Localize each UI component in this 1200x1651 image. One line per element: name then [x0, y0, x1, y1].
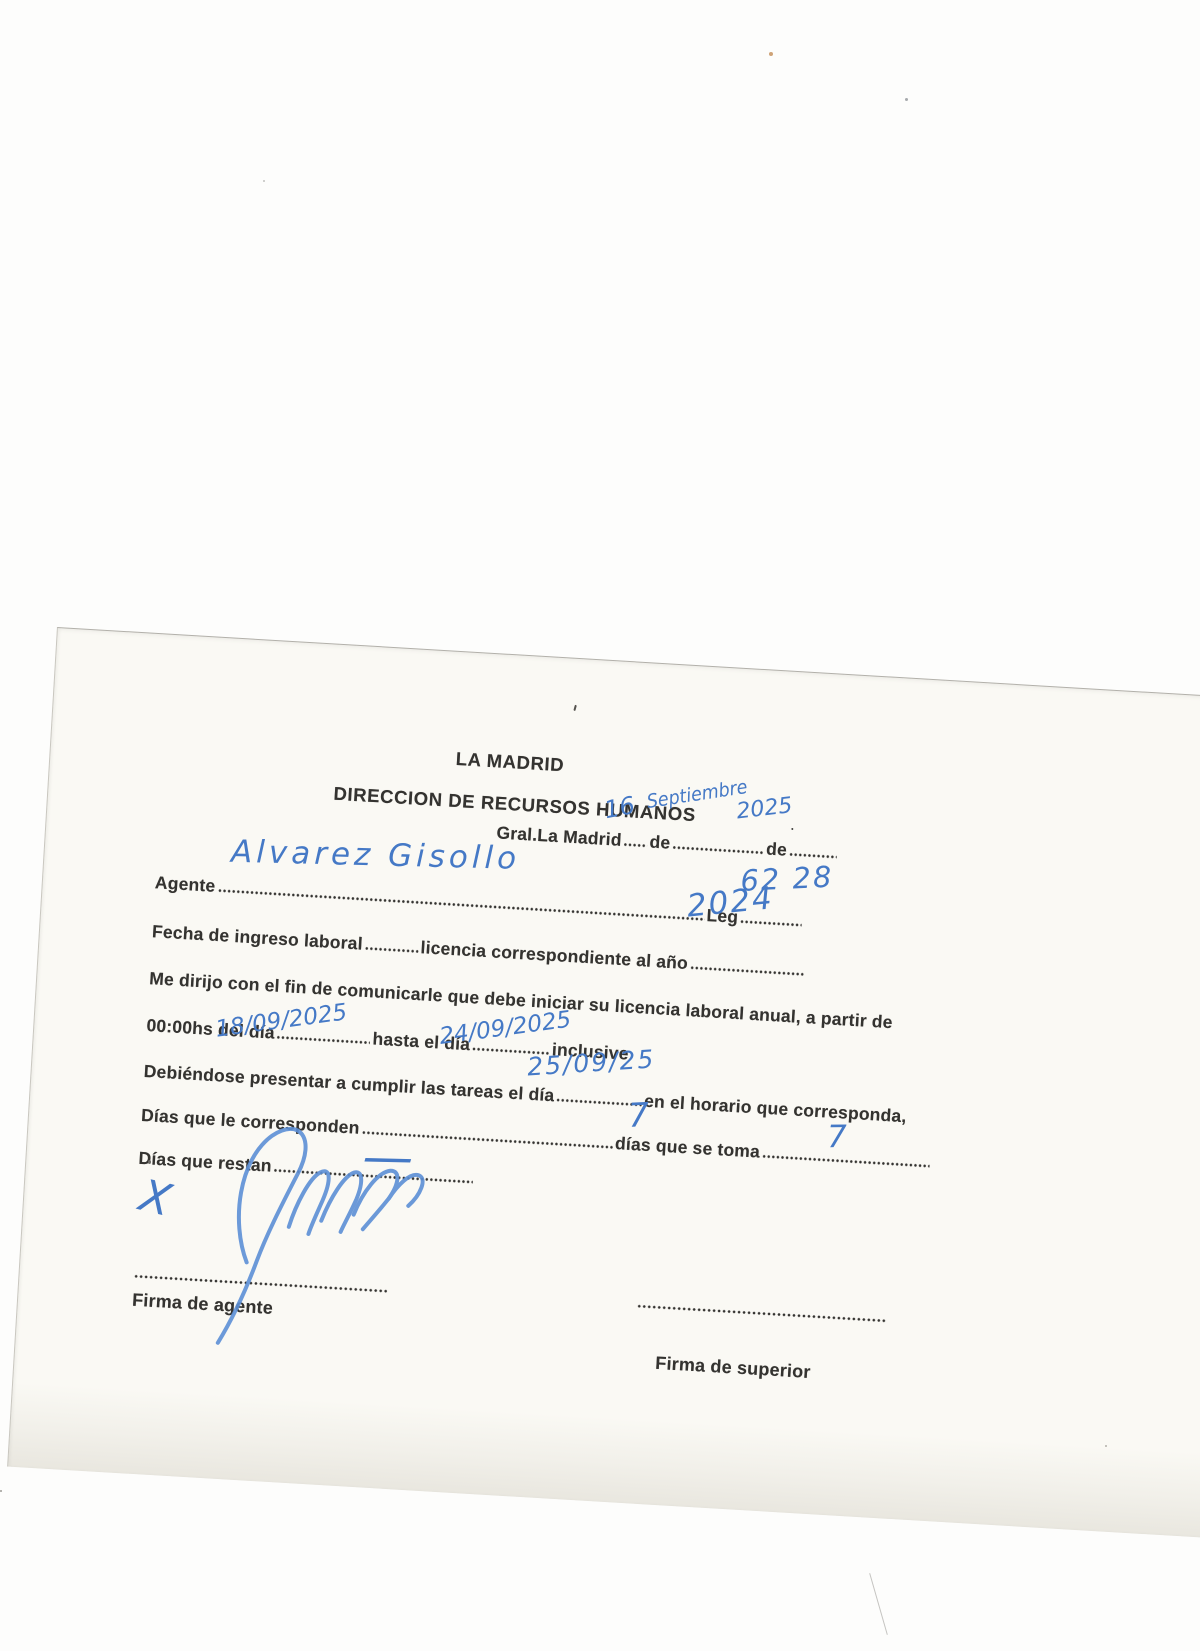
- scan-speck: [905, 98, 908, 101]
- handwritten-agent-name: Alvarez Gisollo: [231, 834, 521, 877]
- scan-speck: [263, 180, 265, 182]
- handwritten-month: Septiembre: [645, 776, 749, 813]
- dotted-leader: [672, 837, 765, 855]
- agent-label: Agente: [154, 872, 216, 896]
- scan-speck: [148, 1160, 151, 1164]
- presentation-suffix: en el horario que corresponda,: [644, 1091, 907, 1127]
- agent-signature-scribble: [166, 1108, 457, 1324]
- scan-speck: [1105, 1445, 1107, 1447]
- days-taken-label: días que se toma: [615, 1133, 761, 1162]
- dotted-leader: [623, 834, 648, 848]
- scan-speck: [769, 52, 773, 56]
- handwritten-days-entitled: 7: [627, 1095, 650, 1135]
- scan-hair-line: [869, 1573, 888, 1635]
- org-title: LA MADRID: [455, 748, 565, 776]
- superior-signature-line: [637, 1304, 887, 1324]
- department-title: DIRECCION DE RECURSOS HUMANOS: [333, 783, 696, 826]
- presentation-label: Debiéndose presentar a cumplir las tarea…: [143, 1061, 555, 1105]
- scanned-document: LA MADRID DIRECCION DE RECURSOS HUMANOS …: [0, 0, 1200, 1651]
- scan-speck: [0, 1490, 2, 1492]
- license-label: licencia correspondiente al año: [420, 937, 689, 973]
- dotted-leader: [364, 938, 419, 954]
- dotted-leader: [789, 844, 838, 860]
- agent-x-mark: X: [135, 1170, 176, 1227]
- dotted-leader: [217, 880, 705, 922]
- handwritten-days-taken: 7: [827, 1119, 847, 1155]
- dotted-leader: [690, 957, 805, 977]
- superior-signature-label: Firma de superior: [655, 1353, 811, 1383]
- ingress-line: Fecha de ingreso laborallicencia corresp…: [151, 921, 806, 981]
- de-label: de: [649, 832, 671, 853]
- scan-speck: [791, 828, 793, 830]
- ingress-label: Fecha de ingreso laboral: [152, 921, 364, 953]
- scan-artifact-mark: [573, 705, 577, 711]
- handwritten-day: 16: [602, 791, 637, 824]
- paper-sheet: LA MADRID DIRECCION DE RECURSOS HUMANOS …: [7, 627, 1200, 1541]
- place-date-line: Gral.La Madriddede: [496, 822, 840, 863]
- de-label: de: [766, 838, 788, 859]
- handwritten-year: 2025: [735, 793, 794, 824]
